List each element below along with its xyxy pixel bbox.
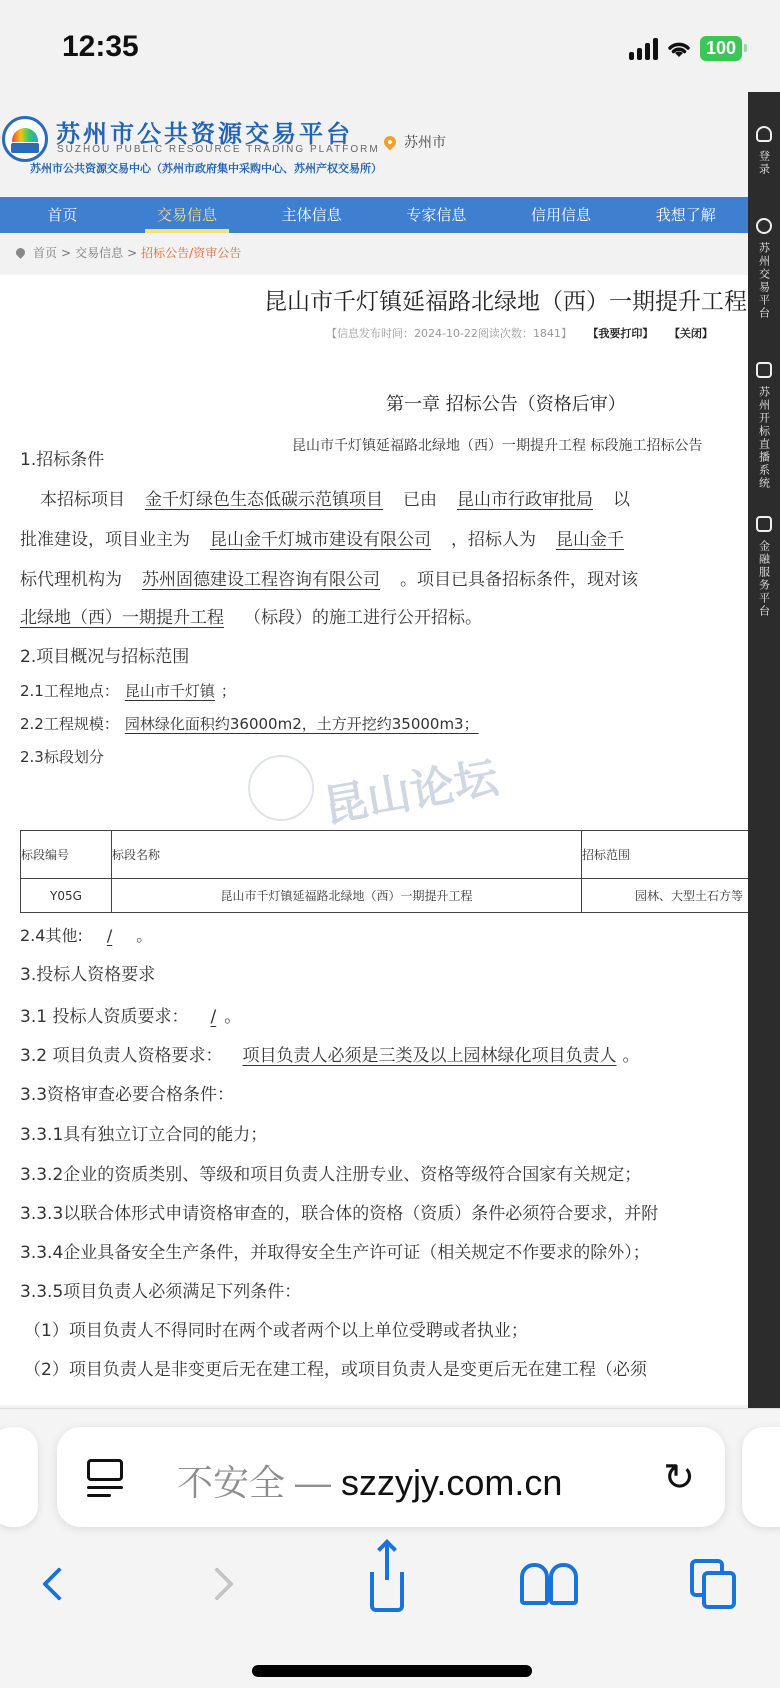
header-cell: 标段编号 [21,831,112,879]
paragraph-line: 标代理机构为苏州固德建设工程咨询有限公司。项目已具备招标条件，现对该 [20,565,638,590]
site-logo[interactable] [2,116,48,162]
notice-subtitle: 昆山市千灯镇延福路北绿地（西）一期提升工程 标段施工招标公告 [292,435,702,455]
share-button[interactable] [352,1544,422,1624]
text-line: （1）项目负责人不得同时在两个或者两个以上单位受聘或者执业； [24,1316,528,1341]
text: 已由 [403,490,437,510]
section-3-heading: 3.投标人资格要求 [20,960,155,985]
side-item-label: 金融服务平台 [757,540,772,618]
side-item-suzhou-trading[interactable]: 苏州交易平台 [748,218,780,320]
views-label: 阅读次数： [478,327,533,340]
meta-bracket: 】 [561,327,572,340]
browser-toolbar [0,1544,780,1624]
label: 2.4其他: [20,926,83,945]
text: 。项目已具备招标条件，现对该 [400,570,638,590]
main-nav: 首页 交易信息 主体信息 专家信息 信用信息 我想了解 [0,197,748,233]
site-location: 昆山市千灯镇 [119,682,221,700]
status-bar: 12:35 100 [0,0,780,100]
previous-tab-preview[interactable] [0,1427,38,1527]
handshake-icon [756,218,772,234]
article-meta: 【信息发布时间：2024-10-22阅读次数：1841】 【我要打印】 【关闭】 [326,325,713,341]
site-subtitle-en: SUZHOU PUBLIC RESOURCE TRADING PLATFORM [57,144,380,155]
share-icon [370,1572,404,1612]
insecure-label: 不安全 — [177,1462,341,1503]
table-header-row: 标段编号 标段名称 招标范围 [21,831,749,879]
segment-table: 标段编号 标段名称 招标范围 Y05G 昆山市千灯镇延福路北绿地（西）一期提升工… [20,830,748,913]
text: ； [221,682,236,700]
forward-button[interactable] [182,1544,252,1624]
text-line: 3.3.3以联合体形式申请资格审查的，联合体的资格（资质）条件必须符合要求，并附 [20,1199,658,1224]
cellular-signal-icon [629,38,658,60]
location-pin-icon [14,246,27,259]
breadcrumb: 首页 > 交易信息 > 招标公告/资审公告 [16,244,241,261]
nav-item-home[interactable]: 首页 [0,197,125,233]
side-toolbar: 登录 苏州交易平台 苏州开标直播系统 金融服务平台 [748,92,780,1408]
label: 2.2工程规模： [20,715,119,733]
location-pin-icon [382,134,399,151]
chevron-right-icon [200,1567,234,1601]
breadcrumb-separator: > [127,246,137,260]
battery-icon: 100 [700,36,742,61]
next-tab-preview[interactable] [742,1427,780,1527]
article: 昆山市千灯镇延福路北绿地（西）一期提升工程 【信息发布时间：2024-10-22… [0,275,748,1405]
bookmarks-button[interactable] [514,1544,584,1624]
qualification-line: 3.1 投标人资质要求：/。 [20,1002,241,1027]
project-segment: 北绿地（西）一期提升工程 [20,608,230,628]
agent: 苏州固德建设工程咨询有限公司 [136,570,386,590]
tenderer: 昆山金千 [550,530,630,550]
nav-item-entity-info[interactable]: 主体信息 [249,197,374,233]
tabs-icon [690,1559,740,1609]
text: 。 [622,1046,639,1066]
home-indicator[interactable] [252,1665,532,1677]
back-button[interactable] [24,1544,94,1624]
side-item-bid-live[interactable]: 苏州开标直播系统 [748,362,780,490]
close-button[interactable]: 【关闭】 [669,327,713,340]
qualification-value: / [202,1007,224,1027]
site-subtitle-cn: 苏州市公共资源交易中心（苏州市政府集中采购中心、苏州产权交易所） [30,160,382,176]
finance-icon [756,516,772,532]
wifi-icon [666,39,692,59]
text: 本招标项目 [40,490,125,510]
scale-line: 2.2工程规模：园林绿化面积约36000m2，土方开挖约35000m3； [20,713,485,734]
nav-item-expert-info[interactable]: 专家信息 [374,197,499,233]
text: （标段）的施工进行公开招标。 [244,608,482,628]
label: 3.2 项目负责人资格要求： [20,1046,222,1066]
user-icon [756,126,772,142]
address-bar[interactable]: 不安全 — szzyjy.com.cn ↻ [57,1427,725,1527]
text-line: 3.3.2企业的资质类别、等级和项目负责人注册专业、资格等级符合国家有关规定； [20,1160,641,1185]
location-label: 苏州市 [404,132,446,152]
paragraph-line: 北绿地（西）一期提升工程（标段）的施工进行公开招标。 [20,603,482,628]
page-menu-icon[interactable] [87,1459,123,1499]
text: 批准建设，项目业主为 [20,530,190,550]
side-item-login[interactable]: 登录 [748,126,780,176]
watermark-text: 昆山论坛 [318,741,502,835]
project-name: 金千灯绿色生态低碳示范镇项目 [139,490,389,510]
text: 。 [224,1007,241,1027]
text: 标代理机构为 [20,570,122,590]
article-title: 昆山市千灯镇延福路北绿地（西）一期提升工程 [264,283,747,316]
url-domain: szzyjy.com.cn [341,1462,562,1503]
nav-item-credit-info[interactable]: 信用信息 [499,197,624,233]
manager-requirement-line: 3.2 项目负责人资格要求：项目负责人必须是三类及以上园林绿化项目负责人。 [20,1041,639,1066]
location-selector[interactable]: 苏州市 [384,132,446,152]
breadcrumb-trading-info[interactable]: 交易信息 [75,244,123,261]
tabs-button[interactable] [680,1544,750,1624]
paragraph-line: 批准建设，项目业主为昆山金千灯城市建设有限公司，招标人为昆山金千 [20,525,630,550]
table-cell: Y05G [21,879,112,913]
text-line: 3.3资格审查必要合格条件： [20,1080,234,1105]
text: ，招标人为 [451,530,536,550]
side-item-label: 苏州开标直播系统 [757,386,772,490]
publish-label: 【信息发布时间： [326,327,414,340]
text: 以 [613,490,630,510]
other-value: / [97,926,122,945]
watermark-logo-icon [248,755,314,821]
table-cell: 昆山市千灯镇延福路北绿地（西）一期提升工程 [112,879,582,913]
breadcrumb-separator: > [61,246,71,260]
status-time: 12:35 [62,30,139,64]
url-display[interactable]: 不安全 — szzyjy.com.cn [177,1455,562,1506]
label: 2.1工程地点： [20,682,119,700]
browser-bottom-bar: 不安全 — szzyjy.com.cn ↻ [0,1408,780,1688]
views-count: 1841 [533,327,561,340]
section-2-heading: 2.项目概况与招标范围 [20,642,189,667]
label: 3.1 投标人资质要求： [20,1007,188,1027]
approver: 昆山市行政审批局 [451,490,599,510]
project-scale: 园林绿化面积约36000m2，土方开挖约35000m3； [119,715,485,733]
watermark: 昆山论坛 [248,755,498,821]
site-location-line: 2.1工程地点：昆山市千灯镇； [20,680,236,701]
project-owner: 昆山金千灯城市建设有限公司 [204,530,437,550]
table-row: Y05G 昆山市千灯镇延福路北绿地（西）一期提升工程 园林、大型土石方等 [21,879,749,913]
text-line: 3.3.5项目负责人必须满足下列条件： [20,1277,301,1302]
breadcrumb-current[interactable]: 招标公告/资审公告 [141,244,241,261]
header-cell: 标段名称 [112,831,582,879]
chevron-left-icon [42,1567,76,1601]
nav-item-learn-more[interactable]: 我想了解 [623,197,748,233]
manager-requirement: 项目负责人必须是三类及以上园林绿化项目负责人 [236,1046,622,1066]
breadcrumb-home[interactable]: 首页 [33,244,57,261]
publish-date: 2024-10-22 [414,327,478,340]
text: 。 [136,926,152,945]
table-cell: 园林、大型土石方等 [582,879,749,913]
side-item-finance[interactable]: 金融服务平台 [748,516,780,618]
chapter-heading: 第一章 招标公告（资格后审） [386,390,626,416]
nav-item-trading-info[interactable]: 交易信息 [125,197,250,233]
side-item-label: 苏州交易平台 [757,242,772,320]
text-line: （2）项目负责人是非变更后无在建工程，或项目负责人是变更后无在建工程（必须 [24,1355,647,1380]
reload-icon[interactable]: ↻ [659,1455,699,1499]
text-line: 3.3.1具有独立订立合同的能力； [20,1120,267,1145]
print-button[interactable]: 【我要打印】 [587,327,653,340]
site-header: 苏州市公共资源交易平台 SUZHOU PUBLIC RESOURCE TRADI… [0,100,748,196]
status-icons: 100 [629,36,742,61]
book-icon [520,1563,578,1605]
paragraph-line: 本招标项目金千灯绿色生态低碳示范镇项目已由昆山市行政审批局以 [40,485,630,510]
text-line: 3.3.4企业具备安全生产条件，并取得安全生产许可证（相关规定不作要求的除外）； [20,1238,650,1263]
other-line: 2.4其他:/。 [20,923,152,946]
segment-division-heading: 2.3标段划分 [20,746,104,767]
header-cell: 招标范围 [582,831,749,879]
section-1-heading: 1.招标条件 [20,445,104,470]
side-item-label: 登录 [757,150,772,176]
broadcast-icon [756,362,772,378]
